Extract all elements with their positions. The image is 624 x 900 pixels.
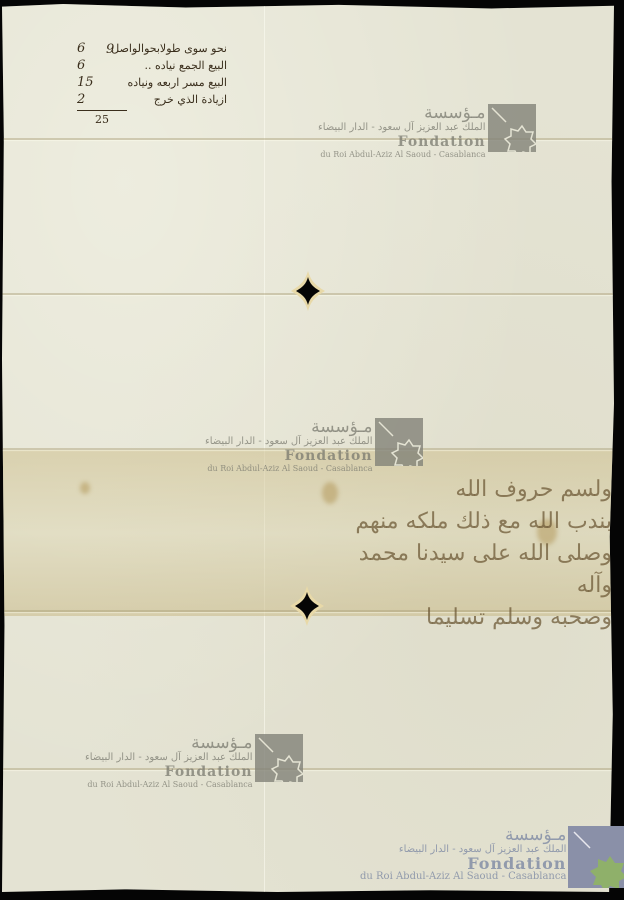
note-line: ازيادة الذي خرج2 [77,91,227,108]
watermark: مـؤسسة الملك عبد العزيز آل سعود - الدار … [318,104,536,160]
watermark: مـؤسسة الملك عبد العزيز آل سعود - الدار … [205,418,423,474]
watermark: مـؤسسة الملك عبد العزيز آل سعود - الدار … [85,734,303,790]
script-line: وصلى الله على سيدنا محمد وآله [322,538,612,602]
note-total: 25 [77,110,127,128]
foundation-logo-icon [375,418,423,466]
note-line: البيع مسر اربعه ونياده15 [77,74,227,91]
diamond-hole [291,271,325,311]
handwritten-note: نحو سوى طولابحوالواصل6 البيع الجمع نياده… [77,40,227,108]
note-line: البيع الجمع نياده ..6 [77,57,227,74]
watermark-color: مـؤسسة الملك عبد العزيز آل سعود - الدار … [360,826,624,888]
script-line: وصحبه وسلم تسليما [322,602,612,634]
script-line: ولسم حروف الله [322,474,612,506]
diamond-hole [290,586,324,626]
main-script: ولسم حروف الله بندب الله مع ذلك ملكه منه… [322,474,612,634]
note-line: نحو سوى طولابحوالواصل6 [77,40,227,57]
stain [80,482,90,494]
script-line: بندب الله مع ذلك ملكه منهم [322,506,612,538]
foundation-logo-icon [568,826,624,888]
foundation-logo-icon [255,734,303,782]
foundation-logo-icon [488,104,536,152]
